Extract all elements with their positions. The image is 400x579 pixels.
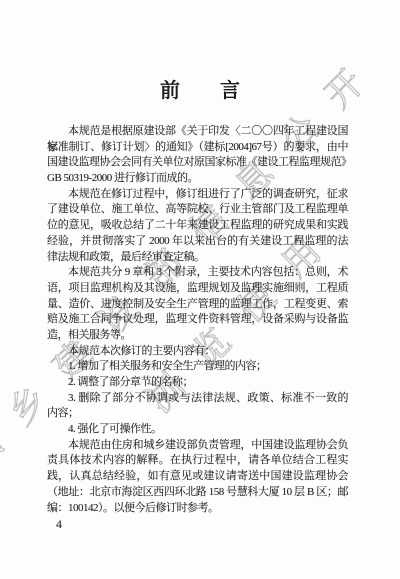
- text-line: 标准制订、修订计划〉的通知》（建标[2004]67号）的要求，由中: [47, 140, 348, 156]
- text-line: 4. 强化了可操作性。: [47, 422, 348, 438]
- page-title: 前 言: [0, 74, 400, 103]
- text-line: 内容；: [47, 406, 348, 422]
- text-line: 造，相关服务等。: [47, 328, 348, 344]
- text-line: 本规范由住房和城乡建设部负责管理，中国建设监理协会负: [47, 438, 348, 454]
- text-line: 位的意见，吸收总结了二十年来建设工程监理的研究成果和实践: [47, 218, 348, 234]
- text-line: 编：100142）。以便今后修订时参考。: [47, 501, 348, 517]
- text-line: 本规范在修订过程中，修订组进行了广泛的调查研究，征求: [47, 187, 348, 203]
- page-number: 4: [56, 517, 62, 532]
- text-line: 本规范是根据原建设部《关于印发〈二〇〇四年工程建设国家: [47, 124, 348, 140]
- text-line: 2. 调整了部分章节的名称；: [47, 375, 348, 391]
- text-line: 国建设监理协会会同有关单位对原国家标准《建设工程监理规范》: [47, 155, 348, 171]
- text-line: 1. 增加了相关服务和安全生产管理的内容；: [47, 359, 348, 375]
- document-page: 住房城乡建设部信息公开 浏览使用 前 言 本规范是根据原建设部《关于印发〈二〇〇…: [0, 0, 400, 579]
- text-line: 本规范本次修订的主要内容有：: [47, 344, 348, 360]
- text-line: 量、造价、进度控制及安全生产管理的监理工作，工程变更、索: [47, 297, 348, 313]
- body-text: 本规范是根据原建设部《关于印发〈二〇〇四年工程建设国家标准制订、修订计划〉的通知…: [47, 124, 348, 516]
- text-line: 践，认真总结经验，如有意见或建议请寄送中国建设监理协会: [47, 469, 348, 485]
- text-line: 本规范共分 9 章和 3 个附录，主要技术内容包括：总则，术: [47, 265, 348, 281]
- text-line: 语，项目监理机构及其设施，监理规划及监理实施细则，工程质: [47, 281, 348, 297]
- text-line: 了建设单位、施工单位、高等院校、行业主管部门及工程监理单: [47, 202, 348, 218]
- text-line: 3. 删除了部分不协调或与法律法规、政策、标准不一致的: [47, 391, 348, 407]
- text-line: 赔及施工合同争议处理，监理文件资料管理，设备采购与设备监: [47, 312, 348, 328]
- text-line: （地址：北京市海淀区西四环北路 158 号慧科大厦 10 层 B 区；邮: [47, 485, 348, 501]
- text-line: 经验，并贯彻落实了 2000 年以来出台的有关建设工程监理的法: [47, 234, 348, 250]
- text-line: GB 50319-2000 进行修订而成的。: [47, 171, 348, 187]
- text-line: 责具体技术内容的解释。在执行过程中，请各单位结合工程实: [47, 453, 348, 469]
- text-line: 律法规和政策，最后经审查定稿。: [47, 250, 348, 266]
